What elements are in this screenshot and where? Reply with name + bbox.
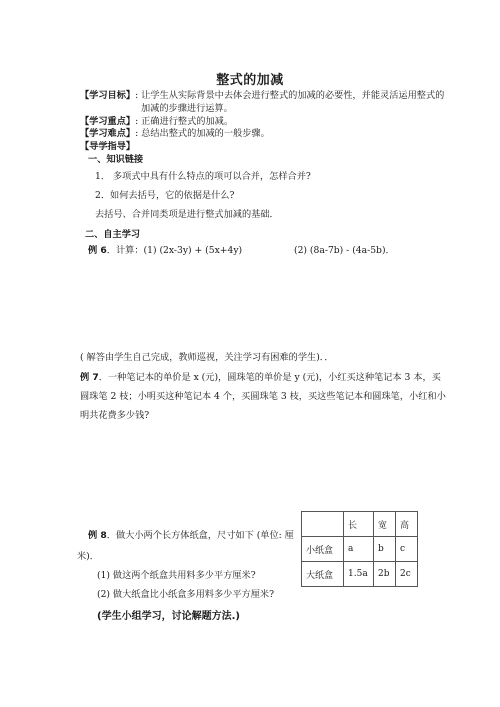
table-row: 大纸盒 1.5a 2b 2c (302, 562, 418, 587)
example8-line-1: 例 8．做大小两个长方体纸盒，尺寸如下 (单位: 厘 (88, 530, 294, 542)
guide-label: 【导学指导】 (80, 141, 135, 153)
table-cell: c (396, 537, 418, 562)
table-cell: a (344, 537, 374, 562)
table-header-cell: 宽 (374, 512, 396, 537)
section2-heading: 二、自主学习 (85, 229, 140, 241)
table-header-cell (302, 512, 344, 537)
objective-goal-label: 【学习目标】 (80, 90, 135, 101)
section1-question-2: 2．如何去括号，它的依据是什么? (95, 190, 234, 202)
example7-line-1: 例 7．一种笔记本的单价是 x (元)，圆珠笔的单价是 y (元)，小红买这种笔… (80, 372, 441, 384)
table-header-cell: 长 (344, 512, 374, 537)
objective-key-point: 【学习重点】: 正确进行整式的加减。 (80, 116, 233, 128)
objective-goal-continuation: 加减的步骤进行运算。 (141, 103, 233, 115)
example6-label: 例 6 (88, 245, 107, 256)
example7-line-3: 明共花费多少钱? (80, 410, 149, 422)
example6-part1: 例 6．计算：(1) (2x-3y) + (5x+4y) (88, 245, 242, 257)
table-header-cell: 高 (396, 512, 418, 537)
table-row: 小纸盒 a b c (302, 537, 418, 562)
section1-question-1: 1． 多项式中具有什么特点的项可以合并，怎样合并? (95, 171, 311, 183)
example6-note: ( 解答由学生自己完成，教师巡视，关注学习有困难的学生)．． (80, 352, 334, 364)
objective-difficulty: 【学习难点】: 总结出整式的加减的一般步骤。 (80, 128, 270, 140)
example6-part2: (2) (8a-7b) - (4a-5b)． (294, 245, 395, 257)
section1-heading: 一、知识链接 (88, 154, 143, 166)
example8-label: 例 8 (88, 530, 107, 541)
table-cell: 小纸盒 (302, 537, 344, 562)
example7-label: 例 7 (80, 372, 99, 383)
table-cell: 1.5a (344, 562, 374, 587)
example8-line-2: 米)． (77, 551, 99, 563)
example8-question-1: (1) 做这两个纸盒共用料多少平方厘米? (97, 570, 256, 582)
section1-note: 去括号、合并同类项是进行整式加减的基础． (95, 209, 279, 221)
objective-goal-text: 让学生从实际背景中去体会进行整式的加减的必要性，并能灵活运用整式的 (138, 90, 444, 101)
table-header-row: 长 宽 高 (302, 512, 418, 537)
table-cell: 2c (396, 562, 418, 587)
document-title: 整式的加减 (0, 69, 500, 88)
example7-line-2: 圆珠笔 2 枝；小明买这种笔记本 4 个，买圆珠笔 3 枝，买这些笔记本和圆珠笔… (80, 391, 446, 403)
objective-goal: 【学习目标】: 让学生从实际背景中去体会进行整式的加减的必要性，并能灵活运用整式… (80, 90, 444, 102)
table-cell: b (374, 537, 396, 562)
example8-note: (学生小组学习，讨论解题方法.) (97, 611, 240, 623)
table-cell: 大纸盒 (302, 562, 344, 587)
table-cell: 2b (374, 562, 396, 587)
box-dimensions-table: 长 宽 高 小纸盒 a b c 大纸盒 1.5a 2b 2c (301, 511, 418, 587)
example8-question-2: (2) 做大纸盒比小纸盒多用料多少平方厘米? (97, 589, 274, 601)
